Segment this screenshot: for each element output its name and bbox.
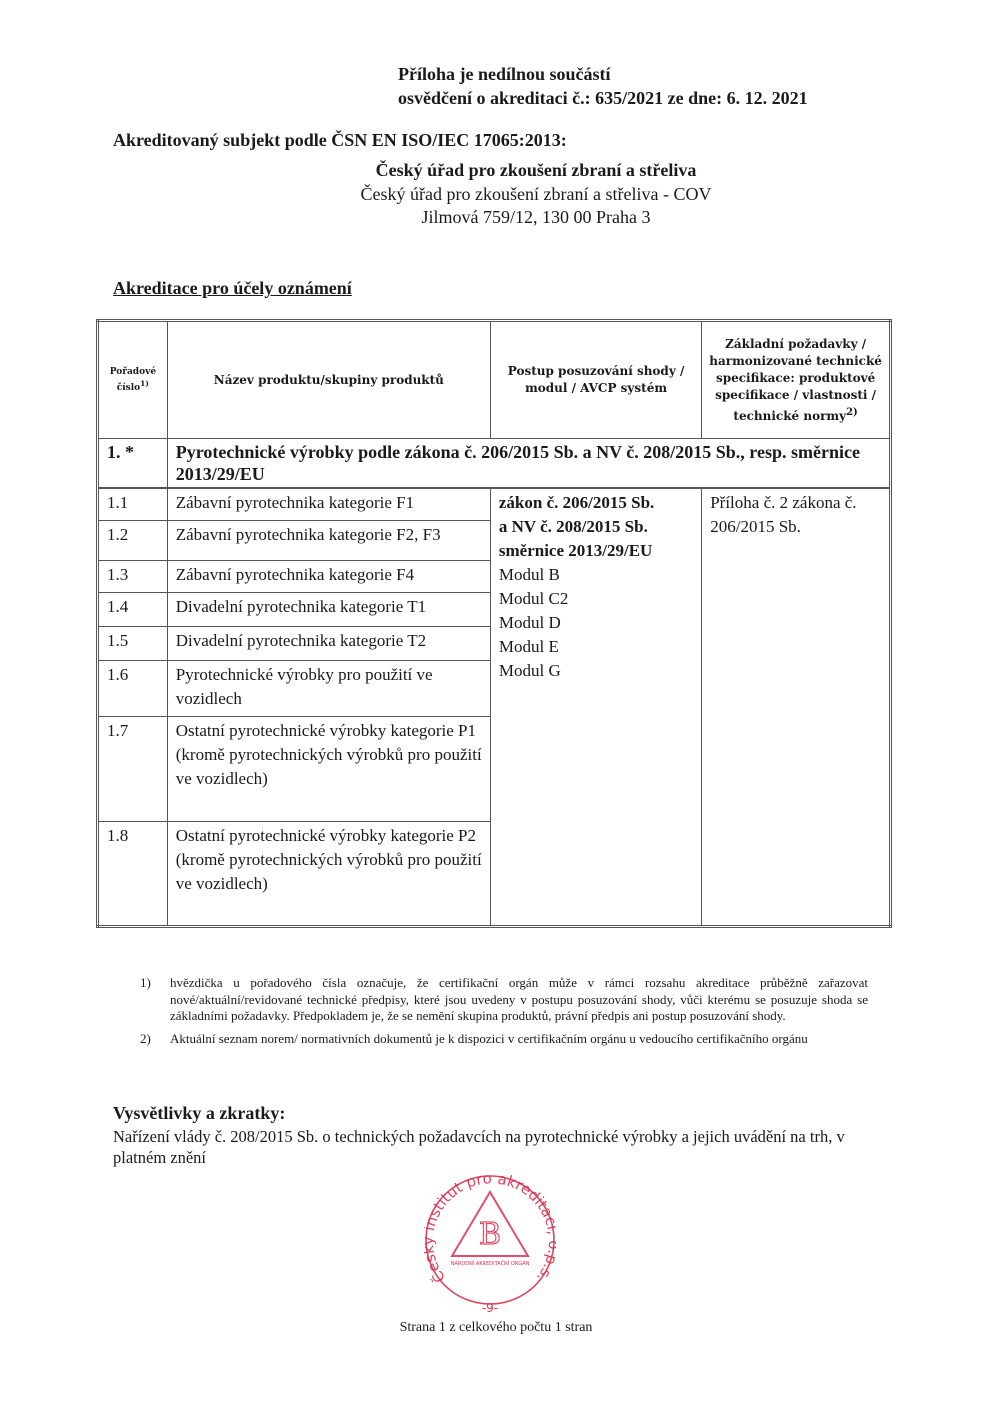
footnotes: 1) hvězdička u pořadového čísla označuje… bbox=[140, 975, 868, 1053]
accredited-subject-label: Akreditovaný subjekt podle ČSN EN ISO/IE… bbox=[113, 130, 567, 151]
row-number: 1.6 bbox=[98, 660, 168, 716]
footnote-number: 2) bbox=[140, 1031, 170, 1048]
row-number: 1.7 bbox=[98, 716, 168, 821]
page-footer: Strana 1 z celkového počtu 1 stran bbox=[0, 1320, 992, 1336]
organization-name: Český úřad pro zkoušení zbraní a střeliv… bbox=[0, 158, 992, 182]
row-name: Zábavní pyrotechnika kategorie F1 bbox=[167, 488, 490, 520]
row-number: 1.8 bbox=[98, 821, 168, 926]
explanations-body: Nařízení vlády č. 208/2015 Sb. o technic… bbox=[113, 1126, 883, 1168]
section-title: Akreditace pro účely oznámení bbox=[113, 278, 352, 299]
svg-text:NÁRODNÍ AKREDITAČNÍ ORGÁN: NÁRODNÍ AKREDITAČNÍ ORGÁN bbox=[451, 1260, 530, 1267]
accreditation-table: Pořadové číslo1) Název produktu/skupiny … bbox=[96, 319, 892, 928]
table-row: 1.1 Zábavní pyrotechnika kategorie F1 zá… bbox=[98, 488, 891, 520]
row-name: Ostatní pyrotechnické výrobky kategorie … bbox=[167, 716, 490, 821]
table-header-row: Pořadové číslo1) Název produktu/skupiny … bbox=[98, 321, 891, 439]
row-number: 1.5 bbox=[98, 626, 168, 660]
module-item: Modul E bbox=[499, 635, 693, 659]
footnote-number: 1) bbox=[140, 975, 170, 1025]
group-title: Pyrotechnické výrobky podle zákona č. 20… bbox=[167, 439, 890, 489]
row-number: 1.4 bbox=[98, 592, 168, 626]
group-number: 1. * bbox=[98, 439, 168, 489]
footnote: 2) Aktuální seznam norem/ normativních d… bbox=[140, 1031, 868, 1048]
header-order-number: Pořadové číslo1) bbox=[98, 321, 168, 439]
footnote-text: hvězdička u pořadového čísla označuje, ž… bbox=[170, 975, 868, 1025]
procedure-law-1: zákon č. 206/2015 Sb. bbox=[499, 491, 693, 515]
module-item: Modul D bbox=[499, 611, 693, 635]
row-number: 1.1 bbox=[98, 488, 168, 520]
footnote: 1) hvězdička u pořadového čísla označuje… bbox=[140, 975, 868, 1025]
organization-address: Jilmová 759/12, 130 00 Praha 3 bbox=[0, 205, 992, 229]
module-item: Modul G bbox=[499, 659, 693, 683]
row-name: Ostatní pyrotechnické výrobky kategorie … bbox=[167, 821, 490, 926]
svg-text:-9-: -9- bbox=[482, 1301, 498, 1315]
requirements-cell: Příloha č. 2 zákona č. 206/2015 Sb. bbox=[702, 488, 891, 926]
svg-text:B: B bbox=[479, 1217, 501, 1252]
header-requirements: Základní požadavky / harmonizované techn… bbox=[702, 321, 891, 439]
row-name: Divadelní pyrotechnika kategorie T2 bbox=[167, 626, 490, 660]
header-line-2: osvědčení o akreditaci č.: 635/2021 ze d… bbox=[398, 86, 808, 110]
module-item: Modul C2 bbox=[499, 587, 693, 611]
table-group-row: 1. * Pyrotechnické výrobky podle zákona … bbox=[98, 439, 891, 489]
procedure-cell: zákon č. 206/2015 Sb. a NV č. 208/2015 S… bbox=[490, 488, 701, 926]
accreditation-stamp-icon: Český institut pro akreditaci, o.p.s. B … bbox=[424, 1166, 556, 1321]
footnote-text: Aktuální seznam norem/ normativních doku… bbox=[170, 1031, 808, 1048]
procedure-law-2: a NV č. 208/2015 Sb. bbox=[499, 515, 693, 539]
header-procedure: Postup posuzování shody / modul / AVCP s… bbox=[490, 321, 701, 439]
row-number: 1.2 bbox=[98, 520, 168, 560]
procedure-law-3: směrnice 2013/29/EU bbox=[499, 539, 693, 563]
attachment-header: Příloha je nedílnou součástí osvědčení o… bbox=[398, 62, 808, 110]
row-name: Divadelní pyrotechnika kategorie T1 bbox=[167, 592, 490, 626]
row-name: Zábavní pyrotechnika kategorie F4 bbox=[167, 560, 490, 592]
row-name: Pyrotechnické výrobky pro použití ve voz… bbox=[167, 660, 490, 716]
header-line-1: Příloha je nedílnou součástí bbox=[398, 62, 808, 86]
header-product-name: Název produktu/skupiny produktů bbox=[167, 321, 490, 439]
row-number: 1.3 bbox=[98, 560, 168, 592]
row-name: Zábavní pyrotechnika kategorie F2, F3 bbox=[167, 520, 490, 560]
explanations-title: Vysvětlivky a zkratky: bbox=[113, 1103, 285, 1124]
module-item: Modul B bbox=[499, 563, 693, 587]
organization-unit: Český úřad pro zkoušení zbraní a střeliv… bbox=[0, 182, 992, 206]
